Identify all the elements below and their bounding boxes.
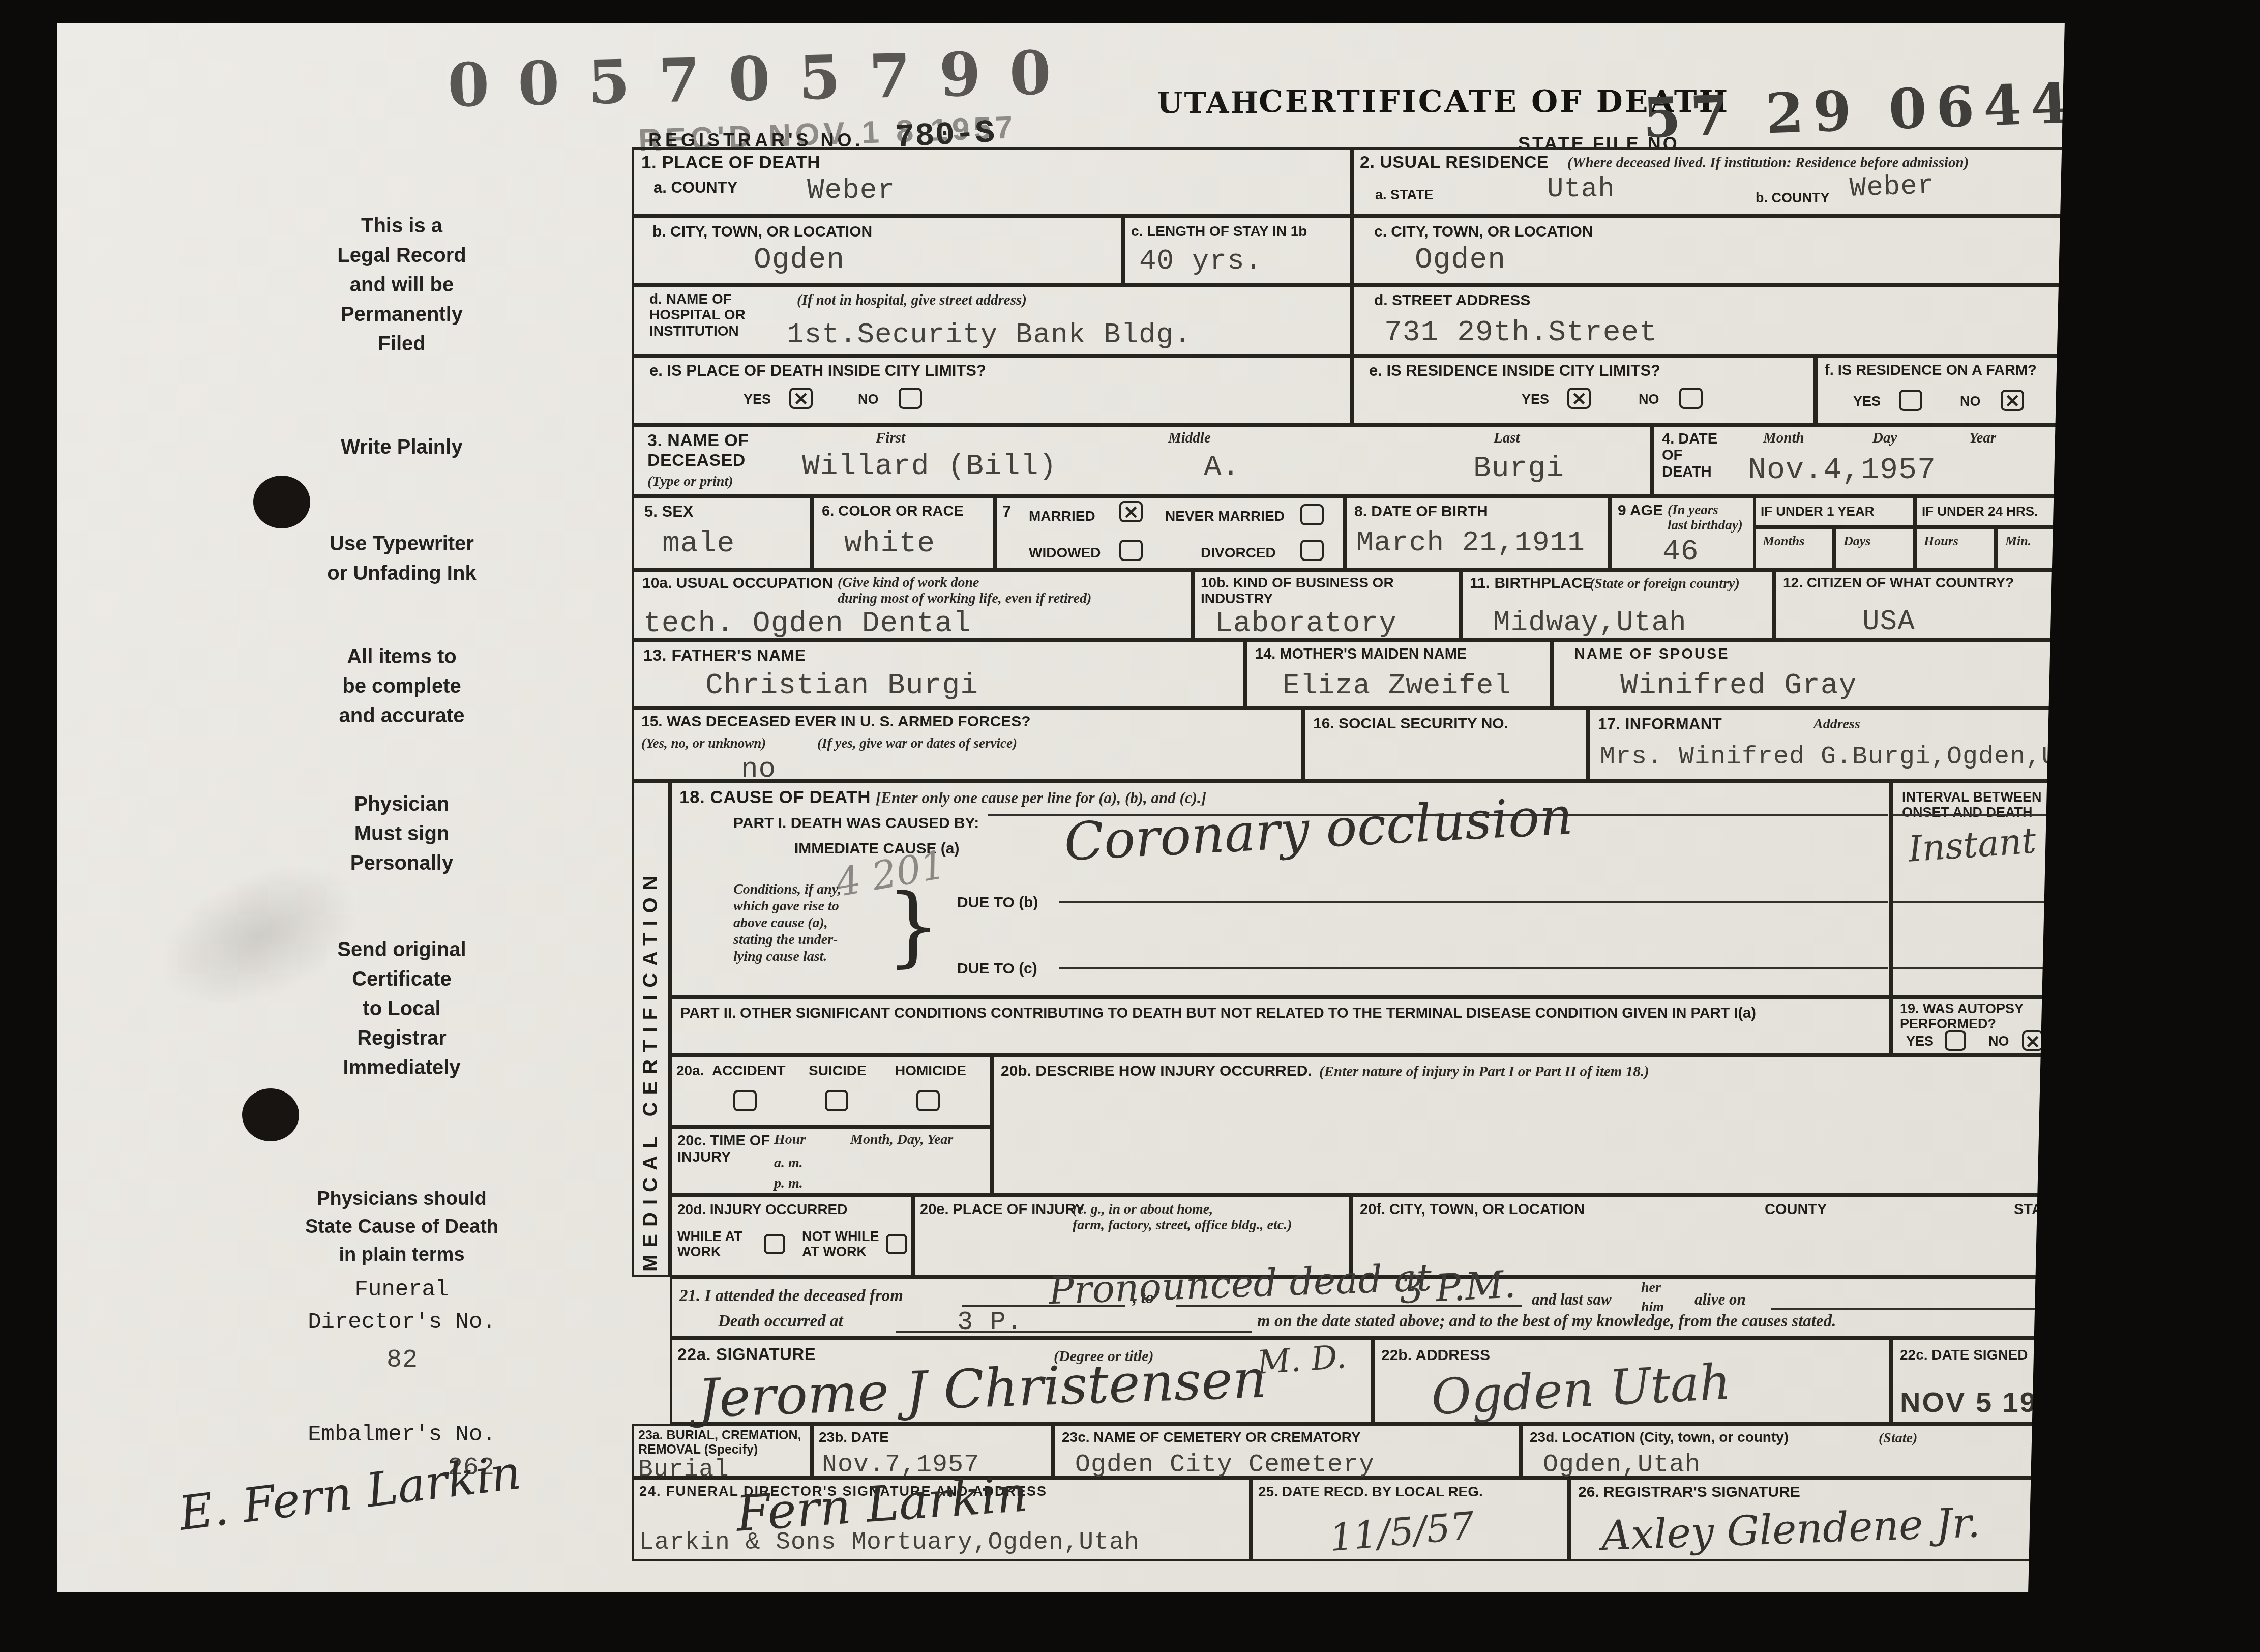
field-7-marital-status: 7 MARRIED ✕ NEVER MARRIED WIDOWED DIVORC… <box>995 496 1345 570</box>
field-16-label: 16. SOCIAL SECURITY NO. <box>1313 715 1508 732</box>
field-22b-address: 22b. ADDRESS Ogden Utah <box>1373 1338 1891 1424</box>
field-20a-number: 20a. <box>676 1063 704 1078</box>
field-23c-label: 23c. NAME OF CEMETERY OR CREMATORY <box>1062 1429 1361 1445</box>
field-21-line2-label: Death occurred at <box>718 1312 843 1331</box>
field-9-days-label: Days <box>1843 534 1870 548</box>
field-8-label: 8. DATE OF BIRTH <box>1354 503 1488 520</box>
field-9-hours-label: Hours <box>1924 534 1958 548</box>
stamped-serial-number: 005705790 <box>447 37 1081 121</box>
field-9-days-cell: Days <box>1834 527 1915 570</box>
field-2f-no-label: NO <box>1960 394 1981 409</box>
field-7-never-married-label: NEVER MARRIED <box>1165 508 1285 524</box>
field-17-informant: 17. INFORMANT Address Mrs. Winifred G.Bu… <box>1588 708 2077 781</box>
field-13-value: Christian Burgi <box>705 671 978 701</box>
field-5-value: male <box>662 529 735 559</box>
field-18-part2: PART II. OTHER SIGNIFICANT CONDITIONS CO… <box>670 997 1891 1055</box>
field-spouse: NAME OF SPOUSE Winifred Gray <box>1552 640 2077 708</box>
field-1b-label: b. CITY, TOWN, OR LOCATION <box>652 223 872 241</box>
field-2f-yes-checkbox <box>1899 390 1922 411</box>
field-22c-label: 22c. DATE SIGNED <box>1900 1347 2028 1363</box>
field-20a-accident-label: ACCIDENT <box>712 1063 786 1078</box>
field-21-time-typed: 3 P. <box>957 1309 1023 1336</box>
field-3-last-header: Last <box>1494 430 1520 446</box>
field-26-registrar-signature: 26. REGISTRAR'S SIGNATURE Axley Glendene… <box>1569 1478 2077 1561</box>
field-3-first-header: First <box>876 430 905 446</box>
field-15-label: 15. WAS DECEASED EVER IN U. S. ARMED FOR… <box>641 713 1031 730</box>
field-20c-am-label: a. m. <box>774 1155 803 1171</box>
field-20a-suicide-checkbox <box>825 1090 848 1111</box>
field-23b-label: 23b. DATE <box>819 1429 889 1445</box>
field-2-hint: (Where deceased lived. If institution: R… <box>1567 155 1969 171</box>
field-1b-city: b. CITY, TOWN, OR LOCATION Ogden <box>632 216 1123 285</box>
field-18-conditions-hint: Conditions, if any, which gave rise to a… <box>733 881 841 965</box>
field-1b-value: Ogden <box>754 246 845 275</box>
field-2e-city-limits: e. IS RESIDENCE INSIDE CITY LIMITS? YES … <box>1352 356 1816 425</box>
field-10b-value: Laboratory <box>1215 609 1397 639</box>
field-2c-city: c. CITY, TOWN, OR LOCATION Ogden <box>1352 216 2077 285</box>
field-3-middle-value: A. <box>1204 453 1240 483</box>
field-23a-label: 23a. BURIAL, CREMATION, REMOVAL (Specify… <box>638 1428 801 1457</box>
field-20b-describe-injury: 20b. DESCRIBE HOW INJURY OCCURRED. (Ente… <box>992 1055 2077 1195</box>
margin-note-plain-terms: Physicians should State Cause of Death i… <box>203 1185 600 1269</box>
field-6-label: 6. COLOR OR RACE <box>822 503 964 519</box>
margin-note-send-original: Send original Certificate to Local Regis… <box>239 935 564 1082</box>
field-20a-accident-checkbox <box>733 1090 757 1111</box>
field-2c-label: c. CITY, TOWN, OR LOCATION <box>1374 223 1593 241</box>
field-7-number: 7 <box>1002 503 1011 521</box>
field-21-alive-on-label: alive on <box>1694 1291 1746 1309</box>
field-15-value: no <box>741 755 776 783</box>
field-1e-yes-checkbox: ✕ <box>789 388 813 409</box>
field-15-hint1: (Yes, no, or unknown) <box>641 735 766 751</box>
field-21-last-saw-label: and last saw <box>1532 1291 1612 1309</box>
field-19-no-checkbox: ✕ <box>2022 1030 2043 1051</box>
field-9-months-cell: Months <box>1753 527 1834 570</box>
field-20c-hour-label: Hour <box>774 1132 806 1147</box>
field-9-under-1-year: IF UNDER 1 YEAR <box>1753 496 1915 527</box>
field-21-line1-label: 21. I attended the deceased from <box>679 1287 903 1306</box>
field-4-year-header: Year <box>1969 430 1996 446</box>
medical-certification-strip: MEDICAL CERTIFICATION <box>632 781 670 1277</box>
field-20a-manner: 20a. ACCIDENT SUICIDE HOMICIDE <box>670 1055 992 1127</box>
field-20d-notwhile-checkbox <box>886 1234 907 1254</box>
field-3-last-value: Burgi <box>1473 454 1564 484</box>
field-17-address-header: Address <box>1813 716 1860 732</box>
field-20a-suicide-label: SUICIDE <box>809 1063 867 1078</box>
field-19-no-label: NO <box>1988 1034 2009 1049</box>
blank-line-due-b <box>1059 901 1888 903</box>
punch-hole-top <box>253 476 310 528</box>
field-12-value: USA <box>1862 607 1915 636</box>
field-7-married-checkbox: ✕ <box>1119 501 1143 522</box>
field-9-under-1-year-label: IF UNDER 1 YEAR <box>1761 504 1874 519</box>
field-20c-time-of-injury: 20c. TIME OF INJURY Hour a. m. p. m. Mon… <box>670 1127 992 1195</box>
field-14-label: 14. MOTHER'S MAIDEN NAME <box>1255 646 1467 662</box>
field-20c-mdy-label: Month, Day, Year <box>850 1132 953 1147</box>
field-1c-label: c. LENGTH OF STAY IN 1b <box>1131 223 1307 239</box>
field-18-due-b-label: DUE TO (b) <box>957 894 1038 911</box>
title-state: UTAH <box>1157 85 1260 120</box>
field-3-label: 3. NAME OF DECEASED <box>647 431 749 470</box>
field-9-hours-cell: Hours <box>1915 527 1996 570</box>
field-3-name-of-deceased: 3. NAME OF DECEASED (Type or print) Firs… <box>632 425 1652 496</box>
field-7-married-label: MARRIED <box>1029 508 1095 524</box>
field-22a-label: 22a. SIGNATURE <box>677 1345 816 1364</box>
embalmer-no-label: Embalmer's No. <box>219 1419 585 1452</box>
field-7-divorced-checkbox <box>1300 540 1324 561</box>
physician-address-handwriting: Ogden Utah <box>1430 1358 1732 1422</box>
funeral-director-no-value: 82 <box>386 1348 418 1373</box>
field-1-place-of-death: 1. PLACE OF DEATH a. COUNTY Weber <box>632 147 1352 216</box>
field-24-typed-value: Larkin & Sons Mortuary,Ogden,Utah <box>639 1530 1140 1555</box>
field-9-label: 9 AGE <box>1618 502 1663 519</box>
registrar-signature-handwriting: Axley Glendene Jr. <box>1601 1502 1981 1556</box>
field-20e-label: 20e. PLACE OF INJURY <box>920 1201 1085 1218</box>
field-23a-burial: 23a. BURIAL, CREMATION, REMOVAL (Specify… <box>632 1424 812 1478</box>
field-3-first-value: Willard (Bill) <box>802 452 1057 482</box>
field-23d-value: Ogden,Utah <box>1543 1453 1701 1478</box>
film-edge-left <box>0 0 57 1652</box>
field-2a-label: a. STATE <box>1375 187 1434 202</box>
field-20a-homicide-checkbox <box>916 1090 940 1111</box>
field-9-hint: (In years last birthday) <box>1668 502 1743 533</box>
field-10a-occupation: 10a. USUAL OCCUPATION (Give kind of work… <box>632 570 1193 640</box>
blank-line-due-c <box>1059 967 1888 969</box>
field-20d-while-checkbox <box>764 1234 785 1254</box>
field-20d-label: 20d. INJURY OCCURRED <box>677 1201 848 1217</box>
field-9-under-24-hrs: IF UNDER 24 HRS. <box>1915 496 2077 527</box>
field-25-label: 25. DATE RECD. BY LOCAL REG. <box>1258 1484 1483 1499</box>
field-2e-no-checkbox <box>1679 388 1703 409</box>
field-12-citizen: 12. CITIZEN OF WHAT COUNTRY? USA <box>1774 570 2077 640</box>
pronounced-time-handwriting: 3 P.M. <box>1399 1265 1516 1309</box>
field-14-mother: 14. MOTHER'S MAIDEN NAME Eliza Zweifel <box>1245 640 1552 708</box>
field-20d-while-label: WHILE AT WORK <box>677 1229 742 1259</box>
field-13-label: 13. FATHER'S NAME <box>643 646 806 665</box>
field-1e-yes-label: YES <box>744 392 771 407</box>
field-18-label: 18. CAUSE OF DEATH <box>679 787 871 808</box>
field-8-value: March 21,1911 <box>1356 528 1585 557</box>
field-1d-label: d. NAME OF HOSPITAL OR INSTITUTION <box>649 291 746 339</box>
field-2-usual-residence: 2. USUAL RESIDENCE (Where deceased lived… <box>1352 147 2077 216</box>
field-2-title: 2. USUAL RESIDENCE <box>1360 153 1549 172</box>
field-11-value: Midway,Utah <box>1493 608 1687 637</box>
field-13-father: 13. FATHER'S NAME Christian Burgi <box>632 640 1245 708</box>
field-7-never-married-checkbox <box>1300 504 1324 525</box>
field-9-months-label: Months <box>1763 534 1804 548</box>
field-1a-label: a. COUNTY <box>653 179 737 197</box>
field-23c-value: Ogden City Cemetery <box>1075 1453 1375 1478</box>
field-spouse-label: NAME OF SPOUSE <box>1574 646 1730 662</box>
field-23d-label: 23d. LOCATION (City, town, or county) <box>1530 1429 1789 1445</box>
field-4-label: 4. DATE OF DEATH <box>1662 431 1717 480</box>
field-1d-value: 1st.Security Bank Bldg. <box>787 320 1192 349</box>
margin-note-typewriter: Use Typewriter or Unfading Ink <box>219 529 585 588</box>
field-17-value: Mrs. Winifred G.Burgi,Ogden,Utah <box>1600 745 2104 770</box>
funeral-director-no-label: Funeral Director's No. <box>219 1274 585 1339</box>
field-16-ssn: 16. SOCIAL SECURITY NO. <box>1303 708 1588 781</box>
field-10a-value: tech. Ogden Dental <box>643 609 971 639</box>
field-2f-label: f. IS RESIDENCE ON A FARM? <box>1825 362 2037 378</box>
field-2f-no-checkbox: ✕ <box>2001 390 2024 411</box>
film-edge-bottom <box>0 1592 2260 1652</box>
field-4-value: Nov.4,1957 <box>1748 455 1936 486</box>
field-19-yes-checkbox <box>1945 1030 1966 1051</box>
field-9-value: 46 <box>1662 538 1699 567</box>
field-12-label: 12. CITIZEN OF WHAT COUNTRY? <box>1783 575 2014 591</box>
field-2e-yes-label: YES <box>1522 392 1549 407</box>
field-17-label: 17. INFORMANT <box>1598 715 1722 733</box>
field-23d-state-header: (State) <box>1879 1430 1917 1446</box>
field-1-title: 1. PLACE OF DEATH <box>641 153 820 173</box>
margin-note-legal-record: This is a Legal Record and will be Perma… <box>239 211 564 359</box>
field-23d-location: 23d. LOCATION (City, town, or county) (S… <box>1521 1424 2077 1478</box>
field-25-date-recd: 25. DATE RECD. BY LOCAL REG. 11/5/57 <box>1251 1478 1569 1561</box>
blank-line-alive-on <box>1771 1308 2066 1310</box>
field-23c-cemetery: 23c. NAME OF CEMETERY OR CREMATORY Ogden… <box>1053 1424 1521 1478</box>
field-20b-hint: (Enter nature of injury in Part I or Par… <box>1319 1064 1649 1080</box>
field-1c-value: 40 yrs. <box>1139 247 1262 275</box>
field-7-widowed-label: WIDOWED <box>1029 545 1101 560</box>
field-19-yes-label: YES <box>1906 1034 1934 1049</box>
field-20d-injury-occurred: 20d. INJURY OCCURRED WHILE AT WORK NOT W… <box>670 1195 913 1277</box>
field-1e-label: e. IS PLACE OF DEATH INSIDE CITY LIMITS? <box>649 362 986 380</box>
field-1c-length-of-stay: c. LENGTH OF STAY IN 1b 40 yrs. <box>1123 216 1352 285</box>
margin-note-write-plainly: Write Plainly <box>239 432 564 462</box>
field-3-middle-header: Middle <box>1168 430 1211 446</box>
field-4-day-header: Day <box>1872 430 1897 446</box>
field-2d-label: d. STREET ADDRESS <box>1374 292 1530 309</box>
punch-hole-bottom <box>242 1088 299 1141</box>
field-2f-farm: f. IS RESIDENCE ON A FARM? YES NO ✕ <box>1816 356 2077 425</box>
field-15-armed-forces: 15. WAS DECEASED EVER IN U. S. ARMED FOR… <box>632 708 1303 781</box>
field-11-birthplace: 11. BIRTHPLACE (State or foreign country… <box>1461 570 1774 640</box>
field-18-due-c-label: DUE TO (c) <box>957 960 1037 978</box>
field-7-widowed-checkbox <box>1119 540 1143 561</box>
film-edge-top <box>0 0 2260 23</box>
field-1e-no-checkbox <box>899 388 922 409</box>
date-received-handwriting: 11/5/57 <box>1328 1507 1476 1557</box>
field-10b-industry: 10b. KIND OF BUSINESS OR INDUSTRY Labora… <box>1193 570 1461 640</box>
medical-certification-label: MEDICAL CERTIFICATION <box>639 788 662 1272</box>
field-21-line2b-label: m on the date stated above; and to the b… <box>1257 1312 1836 1331</box>
field-7-divorced-label: DIVORCED <box>1201 545 1276 560</box>
field-21-her-label: her <box>1641 1280 1661 1295</box>
field-10b-label: 10b. KIND OF BUSINESS OR INDUSTRY <box>1201 575 1459 607</box>
field-20f-city: 20f. CITY, TOWN, OR LOCATION COUNTY STAT… <box>1351 1195 2077 1277</box>
field-2d-street-address: d. STREET ADDRESS 731 29th.Street <box>1352 285 2077 356</box>
field-10a-label: 10a. USUAL OCCUPATION <box>642 575 833 592</box>
field-5-sex: 5. SEX male <box>632 496 812 570</box>
field-2e-label: e. IS RESIDENCE INSIDE CITY LIMITS? <box>1369 362 1660 380</box>
field-18-cause-of-death: 18. CAUSE OF DEATH [Enter only one cause… <box>670 781 1891 997</box>
field-1a-value: Weber <box>807 176 895 204</box>
field-24-funeral-director: 24. FUNERAL DIRECTOR'S SIGNATURE AND ADD… <box>632 1478 1251 1561</box>
field-20d-notwhile-label: NOT WHILE AT WORK <box>802 1229 879 1259</box>
field-26-label: 26. REGISTRAR'S SIGNATURE <box>1578 1484 1800 1501</box>
field-11-label: 11. BIRTHPLACE <box>1470 575 1593 592</box>
margin-note-complete: All items to be complete and accurate <box>239 642 564 730</box>
field-2e-yes-checkbox: ✕ <box>1567 388 1591 409</box>
field-2a-value: Utah <box>1547 176 1615 203</box>
margin-note-physician-sign: Physician Must sign Personally <box>239 789 564 878</box>
field-1d-hospital: d. NAME OF HOSPITAL OR INSTITUTION (If n… <box>632 285 1352 356</box>
field-5-label: 5. SEX <box>644 503 694 521</box>
field-6-color-or-race: 6. COLOR OR RACE white <box>812 496 995 570</box>
field-20b-label: 20b. DESCRIBE HOW INJURY OCCURRED. <box>1001 1063 1312 1080</box>
field-11-hint: (State or foreign country) <box>1590 576 1740 592</box>
field-18-part2-label: PART II. OTHER SIGNIFICANT CONDITIONS CO… <box>680 1005 1881 1021</box>
field-3-hint: (Type or print) <box>647 474 733 489</box>
field-18-part1-label: PART I. DEATH WAS CAUSED BY: <box>733 815 979 832</box>
field-6-value: white <box>844 529 935 559</box>
field-20c-pm-label: p. m. <box>774 1175 803 1191</box>
field-20a-homicide-label: HOMICIDE <box>895 1063 966 1078</box>
field-22b-label: 22b. ADDRESS <box>1381 1347 1490 1364</box>
field-9-min-label: Min. <box>2005 534 2031 548</box>
field-10a-hint: (Give kind of work done during most of w… <box>838 575 1091 607</box>
field-2b-value: Weber <box>1849 172 1935 203</box>
funeral-director-signature-handwriting: Fern Larkin <box>734 1469 1029 1539</box>
field-2c-value: Ogden <box>1415 246 1506 275</box>
field-1d-hint: (If not in hospital, give street address… <box>797 292 1027 308</box>
physician-degree-handwriting: M. D. <box>1256 1341 1348 1379</box>
field-19-label: 19. WAS AUTOPSY PERFORMED? <box>1900 1001 2024 1031</box>
field-20f-county-label: COUNTY <box>1765 1201 1827 1218</box>
field-8-date-of-birth: 8. DATE OF BIRTH March 21,1911 <box>1345 496 1610 570</box>
field-spouse-value: Winifred Gray <box>1620 671 1857 701</box>
field-21-attended: 21. I attended the deceased from , to Pr… <box>670 1277 2077 1338</box>
brace-glyph: } <box>886 883 941 969</box>
field-2f-yes-label: YES <box>1853 394 1881 409</box>
field-4-month-header: Month <box>1763 430 1804 446</box>
field-22a-signature: 22a. SIGNATURE (Degree or title) Jerome … <box>670 1338 1373 1424</box>
field-20c-label: 20c. TIME OF INJURY <box>677 1133 770 1166</box>
field-4-date-of-death: 4. DATE OF DEATH Month Day Year Nov.4,19… <box>1652 425 2077 496</box>
field-1e-city-limits: e. IS PLACE OF DEATH INSIDE CITY LIMITS?… <box>632 356 1352 425</box>
blank-line-death-time <box>896 1331 1252 1333</box>
field-20f-label: 20f. CITY, TOWN, OR LOCATION <box>1360 1201 1585 1218</box>
field-20e-hint: (e. g., in or about home, farm, factory,… <box>1073 1201 1292 1233</box>
field-18-bracket-hint: [Enter only one cause per line for (a), … <box>876 789 1206 807</box>
field-2e-no-label: NO <box>1639 392 1659 407</box>
interval-value-handwriting: Instant <box>1907 822 2037 867</box>
field-2d-value: 731 29th.Street <box>1384 318 1657 348</box>
field-15-hint2: (If yes, give war or dates of service) <box>817 735 1017 751</box>
field-2b-label: b. COUNTY <box>1756 190 1830 205</box>
field-9-under-24-hrs-label: IF UNDER 24 HRS. <box>1922 504 2038 519</box>
field-14-value: Eliza Zweifel <box>1283 671 1511 700</box>
field-1e-no-label: NO <box>858 392 879 407</box>
